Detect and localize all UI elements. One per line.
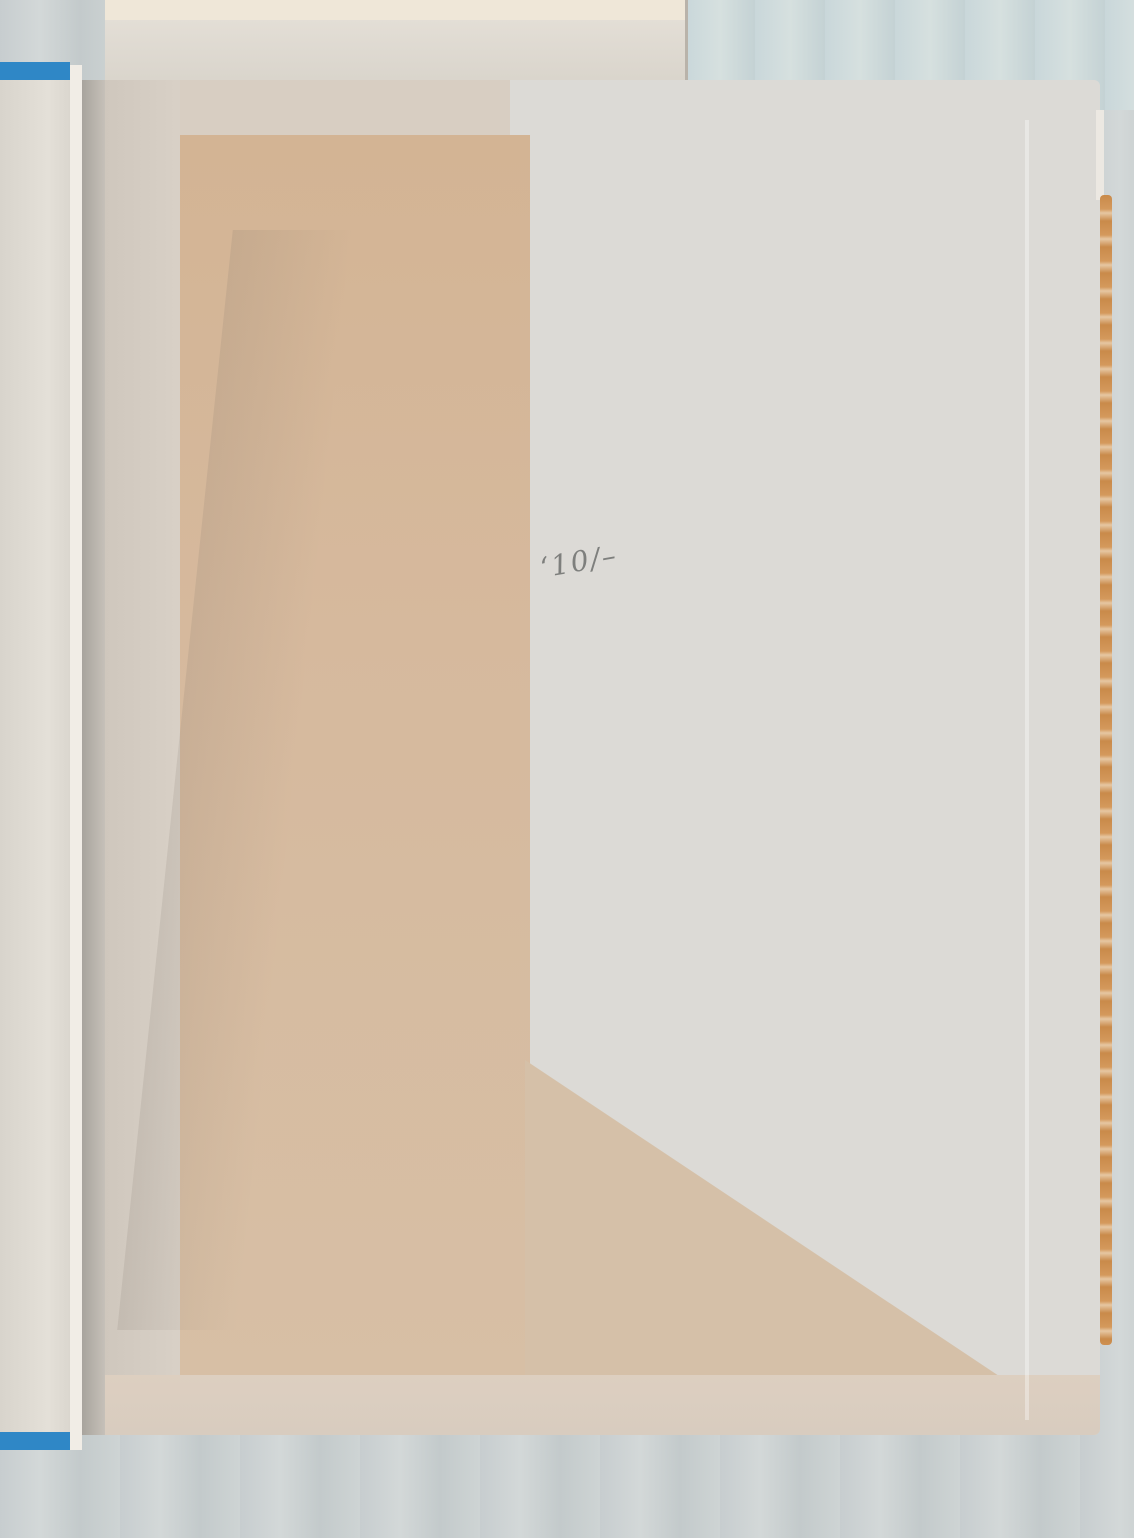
endpaper-fold-line — [1025, 120, 1029, 1420]
page-edge-top — [1096, 110, 1104, 200]
cover-blue-edge-bottom — [0, 1432, 70, 1450]
book-page-block-top-edge — [105, 0, 685, 20]
cover-blue-edge-top — [0, 62, 70, 80]
offset-band-top — [180, 80, 510, 135]
cover-inner-edge — [70, 65, 82, 1450]
book-front-cover — [0, 65, 80, 1450]
diagonal-browning — [525, 1060, 1005, 1380]
deckle-page-edge — [1100, 195, 1112, 1345]
endpaper-bottom-band — [105, 1375, 1100, 1435]
endpaper — [105, 80, 1100, 1435]
